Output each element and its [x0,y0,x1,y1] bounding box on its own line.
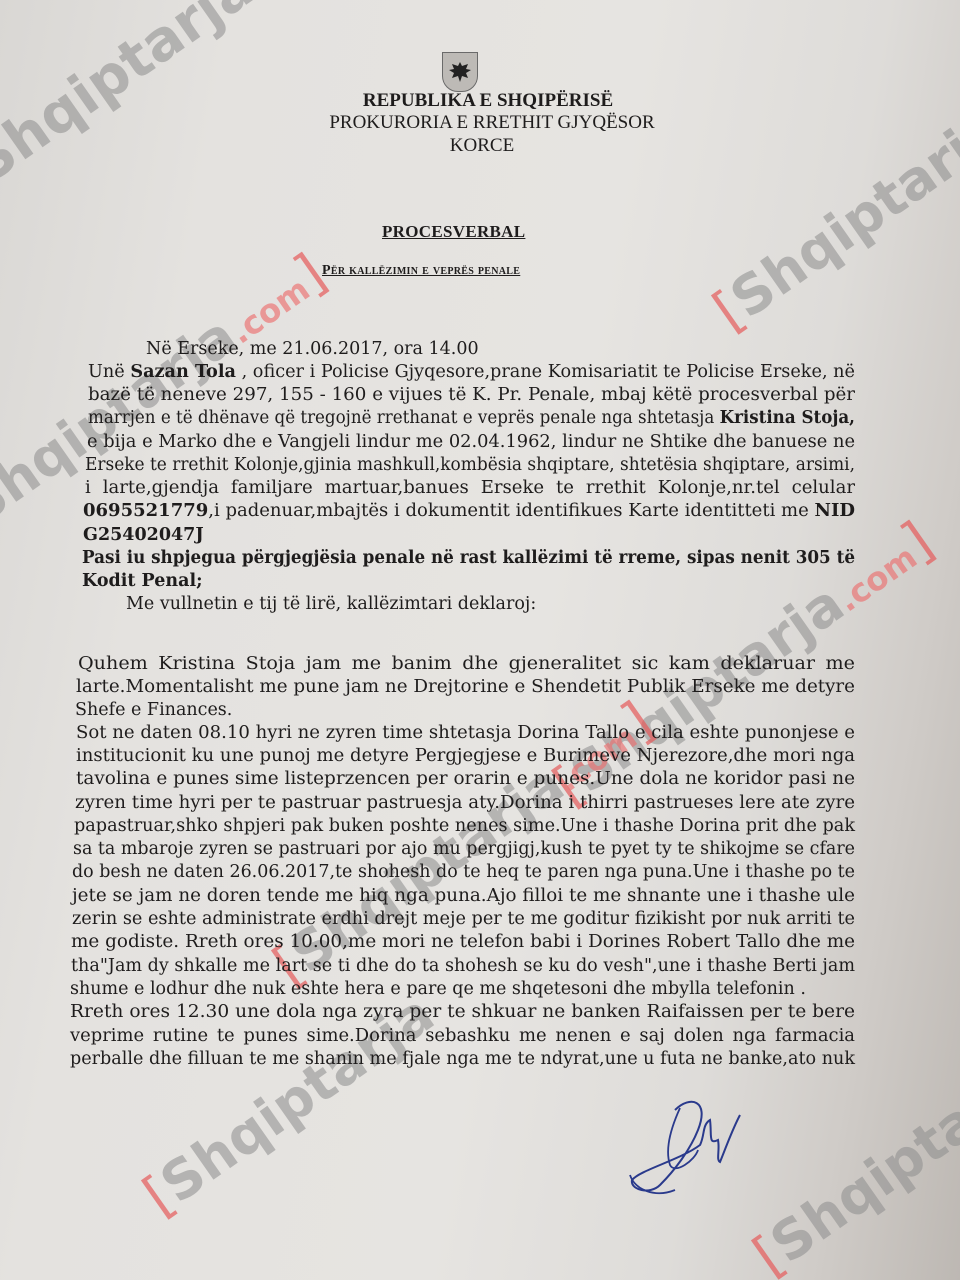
warning-line-2: Kodit Penal; [82,570,203,592]
header-city: KORCE [2,135,960,157]
albanian-eagle-emblem-icon [442,52,478,92]
statement-line: papastruar,shko shpjeri pak buken poshte… [74,815,855,837]
document-subtitle: Për kallëzimin e veprës penale [322,263,520,279]
complainant-name: Kristina Stoja, [720,408,855,428]
intro-line-4: marrjen e të dhënave që tregojnë rrethan… [88,407,855,429]
intro-line-6: Erseke te rrethit Kolonje,gjinia mashkul… [85,454,855,476]
statement-line: Quhem Kristina Stoja jam me banim dhe gj… [78,653,855,675]
nid-label: NID [815,501,855,521]
intro-line-8: 0695521779,i padenuar,mbajtës i dokument… [83,500,855,522]
statement-line: me godiste. Rreth ores 10.00,me mori ne … [71,931,855,953]
intro-line-3: bazë të neneve 297, 155 - 160 e vijues t… [88,384,855,406]
statement-line: Shefe e Finances. [75,699,232,721]
officer-prefix: Unë [88,362,130,382]
statement-line: Sot ne daten 08.10 hyri ne zyren time sh… [76,722,855,744]
intro-line-7: i larte,gjendja familjare martuar,banues… [85,477,855,499]
warning-line-1: Pasi iu shpjegua përgjegjësia penale në … [82,547,855,569]
statement-line: veprime rutine te punes sime.Dorina seba… [70,1025,855,1047]
statement-line: do besh ne daten 26.06.2017,te shohesh d… [72,861,855,883]
statement-line: jete se jam ne doren tende me hiq nga pu… [72,885,855,907]
watermark: [Shqiptarja [742,1042,960,1280]
header-republic: REPUBLIKA E SHQIPËRISË [8,90,960,112]
document-title: PROCESVERBAL [382,222,525,242]
officer-line: Unë Sazan Tola , oficer i Policise Gjyqe… [88,361,855,383]
statement-line: shume e lodhur dhe nuk eshte hera e pare… [70,978,806,1000]
phone-number: 0695521779 [83,501,208,521]
intro-line-8-text: ,i padenuar,mbajtës i dokumentit identif… [208,501,814,521]
document-page: [Shqiptarja.com] [Shqiptarja Shqiptarja.… [0,0,960,1280]
officer-suffix: , oficer i Policise Gjyqesore,prane Komi… [236,362,855,382]
statement-line: tha"Jam dy shkalle me lart se ti dhe do … [71,955,855,977]
statement-line: larte.Momentalisht me pune jam ne Drejto… [76,676,855,698]
intro-line-4-text: marrjen e të dhënave që tregojnë rrethan… [88,408,720,428]
statement-line: tavolina e punes sime listeprzencen per … [76,768,855,790]
declaration-intro: Me vullnetin e tij të lirë, kallëzimtari… [126,593,536,615]
place-date: Në Erseke, me 21.06.2017, ora 14.00 [146,338,479,360]
statement-line: perballe dhe filluan te me shanin me fja… [70,1048,855,1070]
handwritten-signature-icon [620,1090,770,1200]
statement-line: zyren time hyri per te pastruar pastrues… [75,792,855,814]
statement-line: institucionit ku une punoj me detyre Per… [76,745,855,767]
statement-line: sa ta mbaroje zyren se pastruari por ajo… [73,838,855,860]
officer-name: Sazan Tola [130,362,236,382]
intro-line-5: e bija e Marko dhe e Vangjeli lindur me … [87,431,855,453]
nid-value: G25402047J [83,524,204,546]
statement-line: Rreth ores 12.30 une dola nga zyra per t… [70,1001,855,1023]
header-office: PROKURORIA E RRETHIT GJYQËSOR [12,112,960,134]
statement-line: zerin se eshte administrate erdhi drejt … [72,908,855,930]
